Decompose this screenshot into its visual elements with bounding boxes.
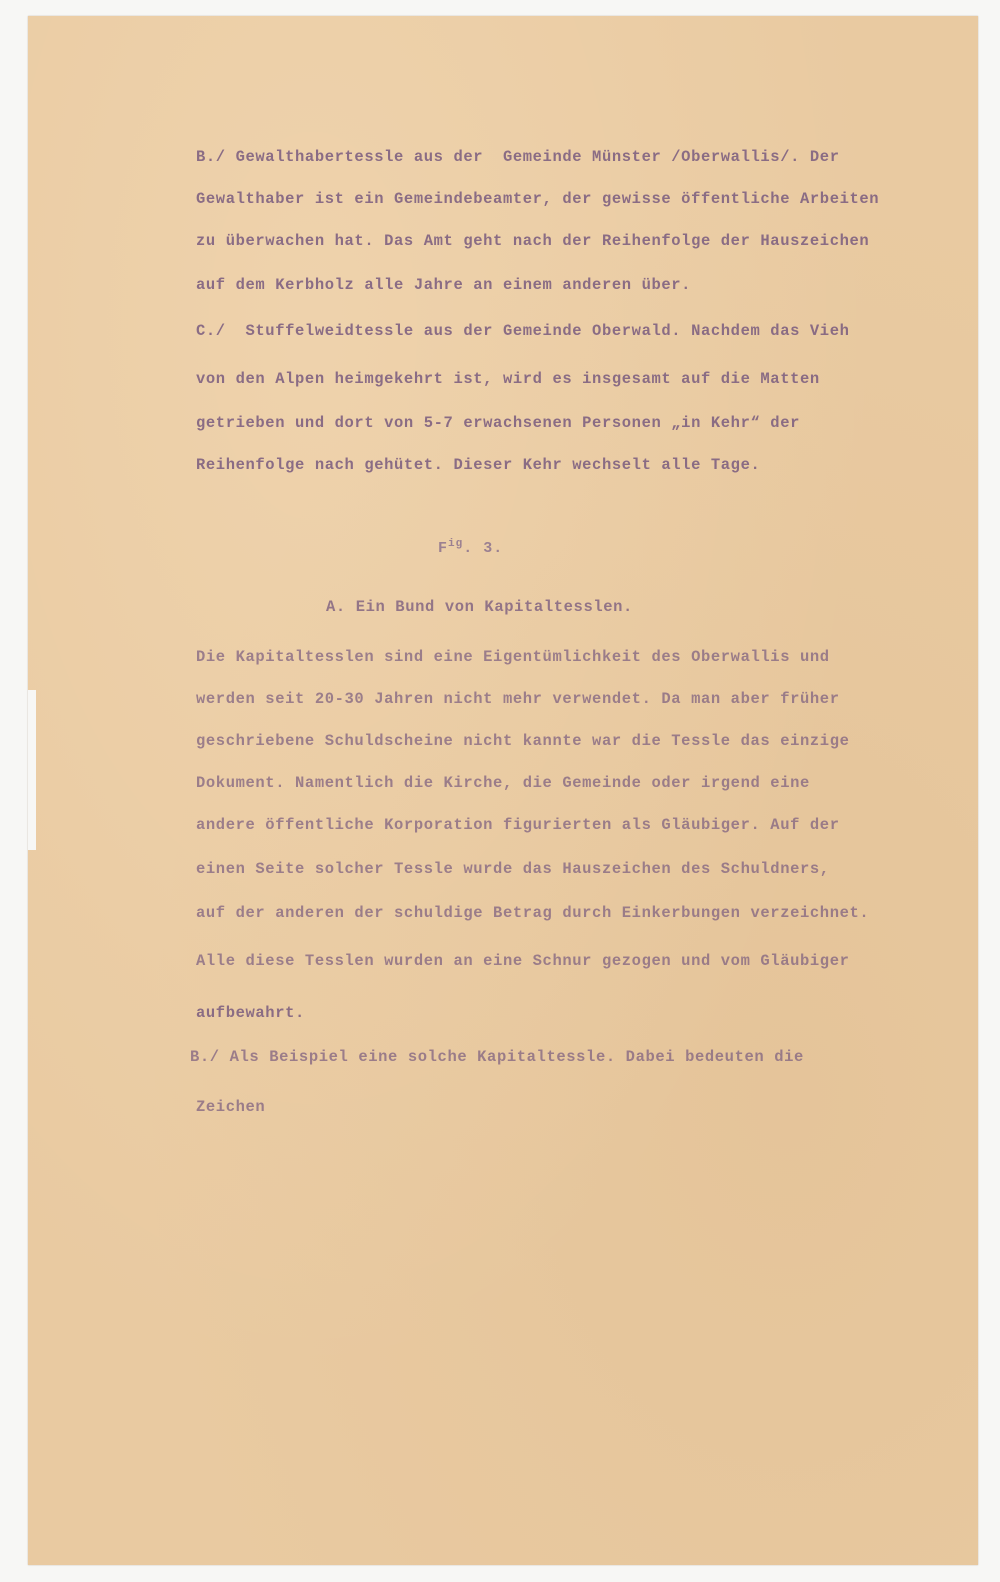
fig3-a-heading: A. Ein Bund von Kapitaltesslen. <box>326 598 633 616</box>
fig3-b-line-2: Zeichen <box>196 1098 265 1116</box>
fig3-a-line-4: Dokument. Namentlich die Kirche, die Gem… <box>196 774 810 792</box>
fig3-a-line-3: geschriebene Schuldscheine nicht kannte … <box>196 732 850 750</box>
fig3-a-line-1: Die Kapitaltesslen sind eine Eigentümlic… <box>196 648 830 666</box>
fig3-a-line-2: werden seit 20-30 Jahren nicht mehr verw… <box>196 690 840 708</box>
figure-title-suffix: . 3. <box>463 540 503 557</box>
section-c-line-1: C./ Stuffelweidtessle aus der Gemeinde O… <box>196 322 850 340</box>
section-b-line-1: B./ Gewalthabertessle aus der Gemeinde M… <box>196 148 840 166</box>
fig3-a-line-8: Alle diese Tesslen wurden an eine Schnur… <box>196 952 850 970</box>
fig3-a-line-5: andere öffentliche Korporation figuriert… <box>196 816 840 834</box>
fig3-a-line-9: aufbewahrt. <box>196 1004 305 1022</box>
section-c-line-2: von den Alpen heimgekehrt ist, wird es i… <box>196 370 820 388</box>
torn-edge <box>28 690 36 850</box>
figure-title-sup: ig <box>448 538 463 550</box>
section-c-line-4: Reihenfolge nach gehütet. Dieser Kehr we… <box>196 456 760 474</box>
section-b-line-2: Gewalthaber ist ein Gemeindebeamter, der… <box>196 190 879 208</box>
figure-title-prefix: F <box>438 540 448 557</box>
fig3-a-line-6: einen Seite solcher Tessle wurde das Hau… <box>196 860 830 878</box>
fig3-b-line-1: B./ Als Beispiel eine solche Kapitaltess… <box>190 1048 804 1066</box>
section-b-line-3: zu überwachen hat. Das Amt geht nach der… <box>196 232 869 250</box>
figure-title: Fig. 3. <box>438 538 503 557</box>
section-b-line-4: auf dem Kerbholz alle Jahre an einem and… <box>196 276 691 294</box>
fig3-a-line-7: auf der anderen der schuldige Betrag dur… <box>196 904 869 922</box>
section-c-line-3: getrieben und dort von 5-7 erwachsenen P… <box>196 414 800 432</box>
